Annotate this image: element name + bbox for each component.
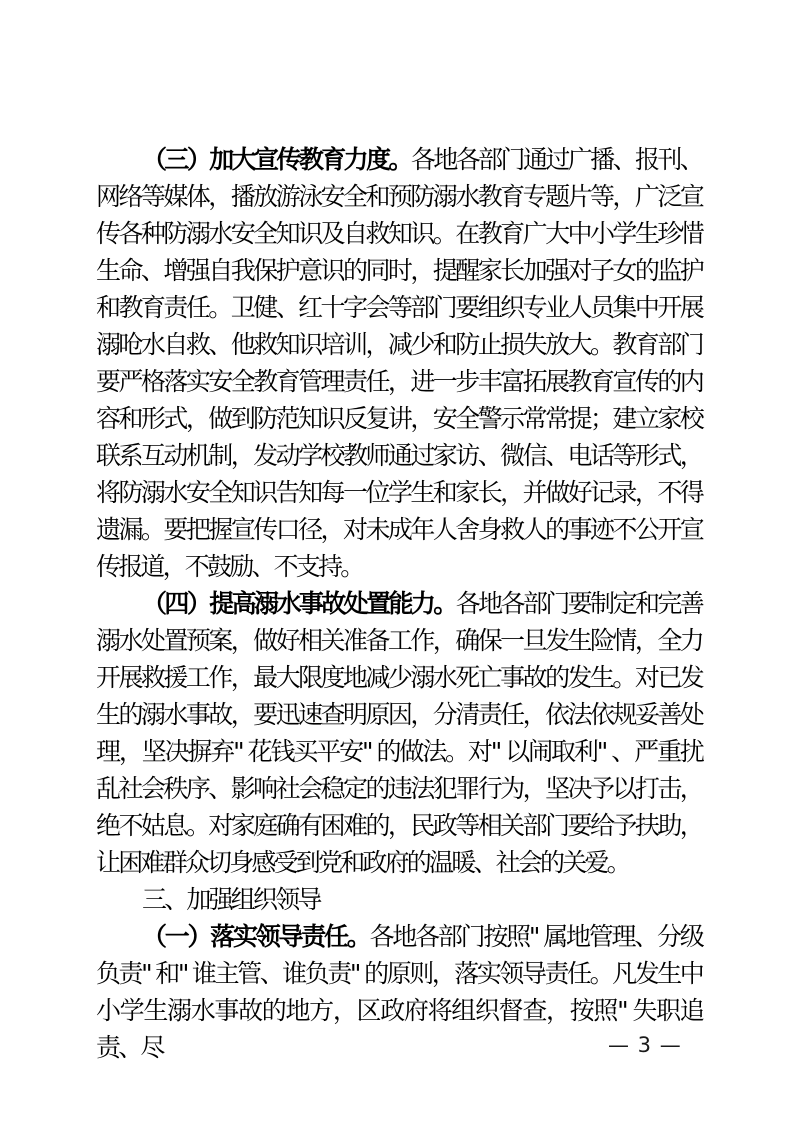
paragraph-section-3: （三）加大宣传教育力度。各地各部门通过广播、报刊、网络等媒体，播放游泳安全和预防… xyxy=(96,141,702,585)
page-number: — 3 — xyxy=(608,1031,682,1059)
paragraph-section-4-body: 各地各部门要制定和完善溺水处置预案，做好相关准备工作，确保一旦发生险情，全力开展… xyxy=(96,589,702,877)
paragraph-section-3-lead: （三）加大宣传教育力度。 xyxy=(142,145,411,174)
document-body: （三）加大宣传教育力度。各地各部门通过广播、报刊、网络等媒体，播放游泳安全和预防… xyxy=(96,141,702,1066)
paragraph-section-4: （四）提高溺水事故处置能力。各地各部门要制定和完善溺水处置预案，做好相关准备工作… xyxy=(96,585,702,881)
paragraph-section-3-body: 各地各部门通过广播、报刊、网络等媒体，播放游泳安全和预防溺水教育专题片等，广泛宣… xyxy=(96,145,702,581)
document-page: （三）加大宣传教育力度。各地各部门通过广播、报刊、网络等媒体，播放游泳安全和预防… xyxy=(0,0,793,1122)
section-heading-3: 三、加强组织领导 xyxy=(96,881,702,918)
paragraph-section-4-lead: （四）提高溺水事故处置能力。 xyxy=(142,589,456,618)
paragraph-subsection-1-lead: （一）落实领导责任。 xyxy=(142,922,370,951)
